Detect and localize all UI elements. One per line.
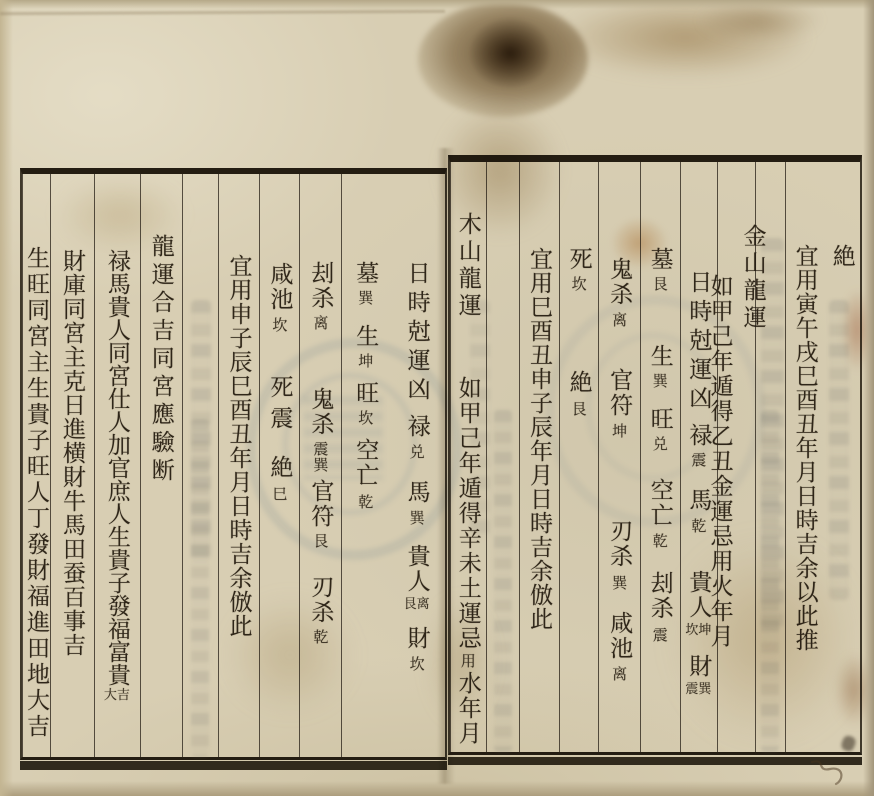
- column-text-segment: 財: [401, 626, 434, 651]
- text-column: 宜用寅午戌巳酉丑年月日時吉余以此推: [785, 162, 825, 752]
- column-text-segment: 死: [563, 247, 596, 272]
- text-column: 金山龍運如甲己年遁得乙丑金運忌用火年月: [717, 162, 755, 752]
- text-column: 墓艮生巽旺兑空亡乾刦杀震: [640, 162, 680, 752]
- column-text-segment: 坎: [569, 276, 590, 292]
- column-text-segment: 刃杀: [304, 575, 337, 625]
- right-page-frame: 絶宜用寅午戌巳酉丑年月日時吉余以此推金山龍運如甲己年遁得乙丑金運忌用火年月日時尅…: [448, 155, 862, 755]
- column-text-segment: 巽: [650, 373, 671, 389]
- column-text-segment: 巽: [407, 510, 428, 526]
- column-text-segment: 宜用巳酉丑申子辰年月日時吉余倣此: [523, 247, 556, 631]
- column-text-segment: 墓: [349, 261, 382, 286]
- empty-column: [486, 162, 520, 752]
- column-text-segment: 墓: [644, 247, 677, 272]
- bleedthrough-ghost: [191, 419, 209, 757]
- column-text-segment: 禄: [401, 414, 434, 439]
- column-text-segment: 禄馬貴人同宮仕人加官庶人生貴子發福富貴: [101, 249, 134, 686]
- column-text-segment: 乾: [355, 494, 376, 510]
- column-text-segment: 貴人: [401, 544, 434, 594]
- column-text-segment: 震巽: [685, 683, 711, 697]
- left-page-frame: 日時尅運凶禄兑馬巽貴人艮离財坎墓巽生坤旺坎空亡乾刦杀离鬼杀震巽官符艮刃杀乾咸池坎…: [20, 168, 447, 760]
- column-text-segment: 巳: [269, 486, 290, 502]
- column-text-segment: 艮离: [404, 598, 430, 612]
- bleedthrough-ghost: [761, 410, 779, 752]
- text-column: 墓巽生坤旺坎空亡乾: [341, 174, 389, 757]
- text-column: 絶: [824, 162, 860, 752]
- column-text-segment: 艮: [650, 276, 671, 292]
- text-column: 生旺同宮主生貴子旺人丁發財福進田地大吉: [22, 174, 50, 757]
- column-text-segment: 鬼杀: [603, 257, 636, 307]
- text-column: 木山龍運如甲己年遁得辛未土運忌用水年月: [450, 162, 486, 752]
- column-text-segment: 坎: [269, 317, 290, 333]
- column-text-segment: 震: [263, 406, 296, 431]
- column-text-segment: 震巽: [310, 441, 331, 473]
- column-text-segment: 旺: [349, 381, 382, 406]
- column-text-segment: 乾: [650, 533, 671, 549]
- column-text-segment: 刃杀: [603, 519, 636, 569]
- column-text-segment: 坤: [355, 353, 376, 369]
- column-text-segment: 乾: [310, 629, 331, 645]
- column-text-segment: 日時尅運凶: [401, 261, 434, 406]
- column-text-segment: 官符: [603, 368, 636, 418]
- column-text-segment: 坎坤: [685, 624, 711, 638]
- column-text-segment: 离: [310, 315, 331, 331]
- text-column: 禄馬貴人同宮仕人加官庶人生貴子發福富貴大吉: [94, 174, 140, 757]
- column-text-segment: 水年月: [452, 671, 485, 746]
- column-text-segment: 生: [644, 344, 677, 369]
- empty-column: [755, 162, 785, 752]
- column-text-segment: 木山龍運: [452, 212, 485, 320]
- column-text-segment: 刦杀: [644, 571, 677, 621]
- column-text-segment: 震: [650, 627, 671, 643]
- column-text-segment: 坎: [355, 410, 376, 426]
- manuscript-scan-paper: 絶宜用寅午戌巳酉丑年月日時吉余以此推金山龍運如甲己年遁得乙丑金運忌用火年月日時尅…: [0, 0, 874, 796]
- empty-column: [182, 174, 218, 757]
- column-text-segment: 絶: [826, 244, 859, 269]
- column-text-segment: 空亡: [349, 438, 382, 488]
- column-text-segment: 咸池: [603, 611, 636, 661]
- column-text-segment: 兑: [407, 444, 428, 460]
- column-text-segment: 震: [688, 452, 709, 468]
- column-text-segment: 生旺同宮主生貴子旺人丁發財福進田地大吉: [20, 246, 53, 740]
- column-text-segment: 空亡: [644, 478, 677, 528]
- column-text-segment: 絶: [563, 370, 596, 395]
- column-text-segment: 咸池: [263, 262, 296, 312]
- column-text-segment: 生: [349, 324, 382, 349]
- column-text-segment: 艮: [310, 533, 331, 549]
- text-column: 刦杀离鬼杀震巽官符艮刃杀乾: [299, 174, 341, 757]
- text-column: 咸池坎死震絶巳: [259, 174, 299, 757]
- column-text-segment: 如甲己年遁得辛未土運忌: [452, 376, 485, 651]
- column-text-segment: 刦杀: [304, 261, 337, 311]
- column-text-segment: 乾: [688, 518, 709, 534]
- text-column: 宜用巳酉丑申子辰年月日時吉余倣此: [519, 162, 559, 752]
- text-column: 財庫同宮主克日進横財牛馬田蚕百事吉: [50, 174, 94, 757]
- column-text-segment: 宜用申子辰巳酉丑年月日時吉余倣此: [223, 254, 256, 638]
- column-text-segment: 馬: [401, 480, 434, 505]
- text-column: 鬼杀离官符坤刃杀巽咸池离: [598, 162, 640, 752]
- column-text-segment: 艮: [569, 401, 590, 417]
- two-page-spread: 絶宜用寅午戌巳酉丑年月日時吉余以此推金山龍運如甲己年遁得乙丑金運忌用火年月日時尅…: [0, 0, 874, 796]
- text-column: 宜用申子辰巳酉丑年月日時吉余倣此: [218, 174, 260, 757]
- text-column: 日時尅運凶禄兑馬巽貴人艮离財坎: [389, 174, 445, 757]
- column-text-segment: 离: [609, 666, 630, 682]
- column-text-segment: 坎: [407, 656, 428, 672]
- column-text-segment: 旺: [644, 407, 677, 432]
- column-text-segment: 兑: [650, 436, 671, 452]
- column-text-segment: 离: [609, 312, 630, 328]
- column-text-segment: 用: [458, 653, 479, 669]
- column-text-segment: 死: [263, 375, 296, 400]
- column-text-segment: 鬼杀: [304, 387, 337, 437]
- column-text-segment: 官符: [304, 479, 337, 529]
- column-text-segment: 龍運合吉同宮應驗断: [145, 234, 178, 486]
- column-text-segment: 大吉: [104, 689, 130, 703]
- bleedthrough-ghost: [494, 410, 512, 752]
- column-text-segment: 財庫同宮主克日進横財牛馬田蚕百事吉: [56, 249, 89, 657]
- text-column: 龍運合吉同宮應驗断: [140, 174, 182, 757]
- column-text-segment: 絶: [263, 455, 296, 480]
- column-text-segment: 宜用寅午戌巳酉丑年月日時吉余以此推: [789, 244, 822, 652]
- column-text-segment: 坤: [609, 423, 630, 439]
- text-column: 死坎絶艮: [559, 162, 599, 752]
- column-text-segment: 巽: [609, 575, 630, 591]
- column-text-segment: 巽: [355, 290, 376, 306]
